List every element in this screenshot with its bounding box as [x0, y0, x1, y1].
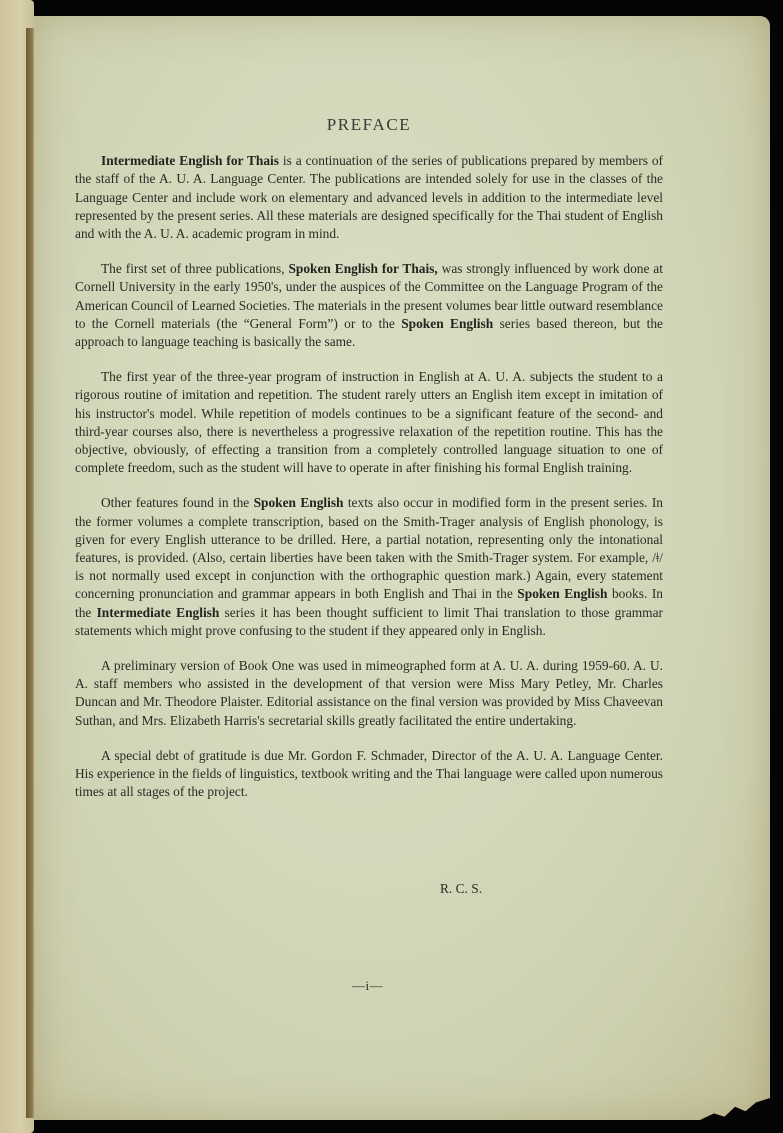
book-title-intermediate-english: Intermediate English for Thais: [101, 153, 279, 168]
book-title-spoken-english: Spoken English: [517, 586, 607, 601]
paragraph-text: Other features found in the: [101, 495, 254, 510]
book-title-spoken-english-for-thais: Spoken English for Thais,: [288, 261, 437, 276]
paragraph-2: The first set of three publications, Spo…: [75, 260, 663, 351]
paragraph-text: The first year of the three-year program…: [75, 369, 663, 475]
page-content: PREFACE Intermediate English for Thais i…: [75, 112, 663, 819]
paragraph-3: The first year of the three-year program…: [75, 368, 663, 477]
book-title-spoken-english: Spoken English: [401, 316, 493, 331]
paragraph-text: The first set of three publications,: [101, 261, 288, 276]
author-initials: R. C. S.: [440, 881, 482, 897]
paragraph-5: A preliminary version of Book One was us…: [75, 657, 663, 730]
paragraph-1: Intermediate English for Thais is a cont…: [75, 152, 663, 243]
book-title-spoken-english: Spoken English: [254, 495, 344, 510]
page-title: PREFACE: [75, 116, 663, 134]
book-title-intermediate-english: Intermediate English: [97, 605, 220, 620]
page-number: —i—: [352, 978, 383, 994]
paragraph-6: A special debt of gratitude is due Mr. G…: [75, 747, 663, 802]
paragraph-text: A preliminary version of Book One was us…: [75, 658, 663, 728]
paragraph-4: Other features found in the Spoken Engli…: [75, 494, 663, 640]
paragraph-text: A special debt of gratitude is due Mr. G…: [75, 748, 663, 799]
